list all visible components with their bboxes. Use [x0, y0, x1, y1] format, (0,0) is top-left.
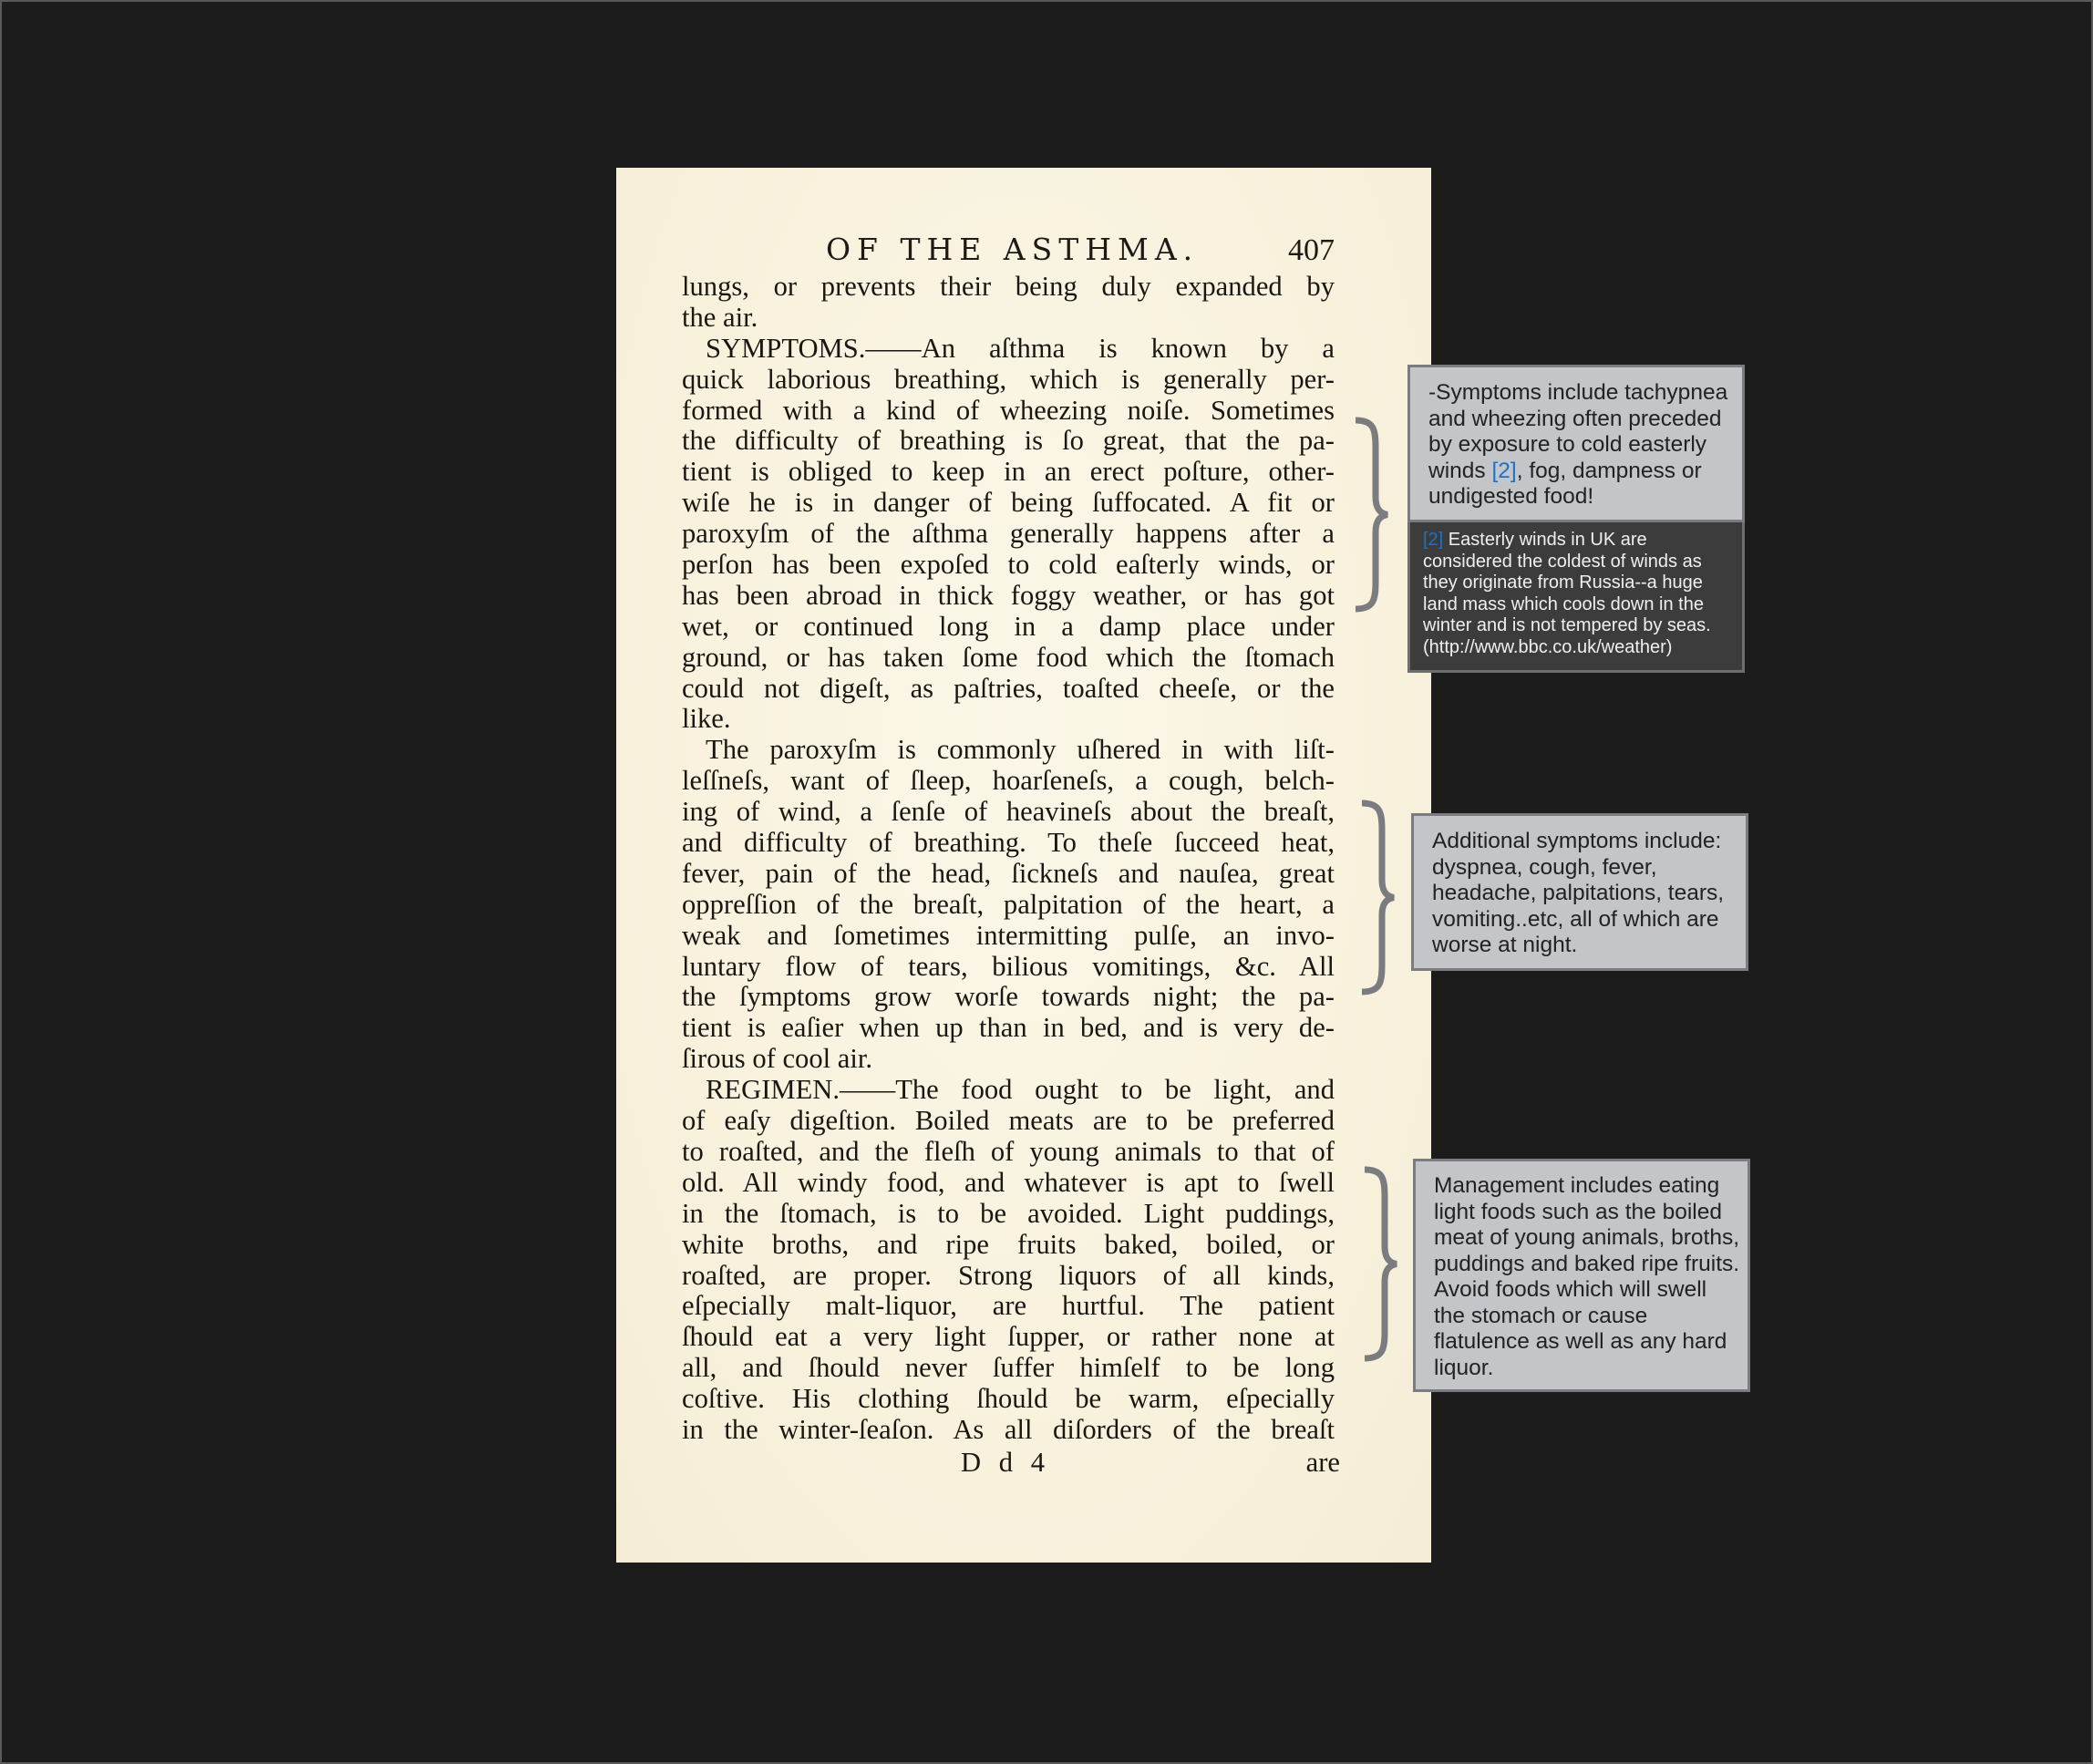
footnote-line: [2] Easterly winds in UK are [1423, 530, 1711, 552]
callout-line: Avoid foods which will swell [1434, 1277, 1739, 1304]
callout-line: winds [2], fog, dampness or [1428, 459, 1727, 485]
text-line: wet, or continued long in a damp place u… [682, 612, 1335, 643]
callout-line: light foods such as the boiled [1434, 1200, 1739, 1226]
callout-line: undigested food! [1428, 484, 1727, 511]
text-line: in the winter-ſeaſon. As all diſorders o… [682, 1415, 1335, 1446]
additional-symptoms-callout: Additional symptoms include: dyspnea, co… [1411, 813, 1748, 971]
symptoms-callout: -Symptoms include tachypnea and wheezing… [1407, 365, 1745, 522]
footnote-line: they originate from Russia--a huge [1423, 573, 1711, 594]
text-line: all, and ſhould never ſuffer himſelf to … [682, 1353, 1335, 1384]
page-footer: D d 4 are [682, 1447, 1340, 1483]
text-line: has been abroad in thick foggy weather, … [682, 581, 1335, 612]
text-line: fever, pain of the head, ſickneſs and na… [682, 859, 1335, 890]
text-line: weak and ſometimes intermitting pulſe, a… [682, 921, 1335, 952]
callout-line: Management includes eating [1434, 1173, 1739, 1200]
text-line: coſtive. His clothing ſhould be warm, eſ… [682, 1384, 1335, 1415]
text-line: could not digeſt, as paſtries, toaſted c… [682, 674, 1335, 705]
footnote-line: (http://www.bbc.co.uk/weather) [1423, 637, 1711, 659]
text-line: quick laborious breathing, which is gene… [682, 365, 1335, 396]
page-number: 407 [1288, 233, 1335, 268]
text-line: white broths, and ripe fruits baked, boi… [682, 1230, 1335, 1261]
text-line: to roaſted, and the fleſh of young anima… [682, 1137, 1335, 1168]
text-line: the air. [682, 303, 1335, 334]
text-line: old. All windy food, and whatever is apt… [682, 1168, 1335, 1199]
footnote-reference-link[interactable]: [2] [1491, 459, 1516, 483]
callout-line: puddings and baked ripe fruits. [1434, 1252, 1739, 1278]
text-line: roaſted, are proper. Strong liquors of a… [682, 1261, 1335, 1292]
symptoms-heading-line: SYMPTOMS.——An aſthma is known by a [682, 334, 1335, 365]
regimen-heading-line: REGIMEN.——The food ought to be light, an… [682, 1075, 1335, 1106]
text-line: eſpecially malt-liquor, are hurtful. The… [682, 1291, 1335, 1322]
scanned-book-page: OF THE ASTHMA. 407 lungs, or prevents th… [616, 168, 1431, 1563]
callout-line: vomiting..etc, all of which are [1432, 907, 1724, 934]
text-line: in the ſtomach, is to be avoided. Light … [682, 1199, 1335, 1230]
callout-line: Additional symptoms include: [1432, 829, 1724, 855]
text-line: ſirous of cool air. [682, 1044, 1335, 1075]
text-line: like. [682, 704, 1335, 735]
page-body-text: lungs, or prevents their being duly expa… [682, 272, 1335, 1446]
footnote-line: considered the coldest of winds as [1423, 552, 1711, 573]
text-line: and difficulty of breathing. To theſe ſu… [682, 828, 1335, 859]
text-line: tient is eaſier when up than in bed, and… [682, 1013, 1335, 1044]
brace-symptoms-icon [1354, 417, 1390, 613]
text-line: of eaſy digeſtion. Boiled meats are to b… [682, 1106, 1335, 1137]
text-line: the difficulty of breathing is ſo great,… [682, 426, 1335, 457]
callout-line: by exposure to cold easterly [1428, 432, 1727, 459]
text-line: ing of wind, a ſenſe of heavineſs about … [682, 797, 1335, 828]
running-title: OF THE ASTHMA. [826, 232, 1199, 267]
footnote-line: land mass which cools down in the [1423, 594, 1711, 616]
text-line: the ſymptoms grow worſe towards night; t… [682, 982, 1335, 1013]
text-line: wiſe he is in danger of being ſuffocated… [682, 488, 1335, 519]
text-line: tient is obliged to keep in an erect poſ… [682, 457, 1335, 488]
management-callout: Management includes eating light foods s… [1413, 1159, 1750, 1392]
callout-line: headache, palpitations, tears, [1432, 881, 1724, 907]
text-line: luntary flow of tears, bilious vomitings… [682, 952, 1335, 983]
callout-line: -Symptoms include tachypnea [1428, 380, 1727, 407]
text-line: leſſneſs, want of ſleep, hoarſeneſs, a c… [682, 766, 1335, 797]
footnote-box: [2] Easterly winds in UK are considered … [1407, 522, 1745, 673]
text-line: ground, or has taken ſome food which the… [682, 643, 1335, 674]
text-line: ſhould eat a very light ſupper, or rathe… [682, 1322, 1335, 1353]
footnote-marker: [2] [1423, 530, 1443, 550]
callout-line: dyspnea, cough, fever, [1432, 855, 1724, 882]
callout-line: flatulence as well as any hard [1434, 1329, 1739, 1356]
callout-line: worse at night. [1432, 933, 1724, 959]
callout-line: the stomach or cause [1434, 1304, 1739, 1330]
footnote-line: winter and is not tempered by seas. [1423, 615, 1711, 637]
text-line: The paroxyſm is commonly uſhered in with… [682, 735, 1335, 766]
callout-line: meat of young animals, broths, [1434, 1225, 1739, 1252]
brace-additional-symptoms-icon [1360, 799, 1397, 995]
signature-mark: D d 4 [961, 1447, 1050, 1479]
text-line: lungs, or prevents their being duly expa… [682, 272, 1335, 303]
text-line: perſon has been expoſed to cold eaſterly… [682, 550, 1335, 581]
callout-line: and wheezing often preceded [1428, 407, 1727, 433]
text-line: oppreſſion of the breaſt, palpitation of… [682, 890, 1335, 921]
brace-management-icon [1363, 1166, 1399, 1362]
text-line: formed with a kind of wheezing noiſe. So… [682, 396, 1335, 427]
catchword: are [1306, 1447, 1340, 1479]
callout-line: liquor. [1434, 1356, 1739, 1382]
text-line: paroxyſm of the aſthma generally happens… [682, 519, 1335, 550]
